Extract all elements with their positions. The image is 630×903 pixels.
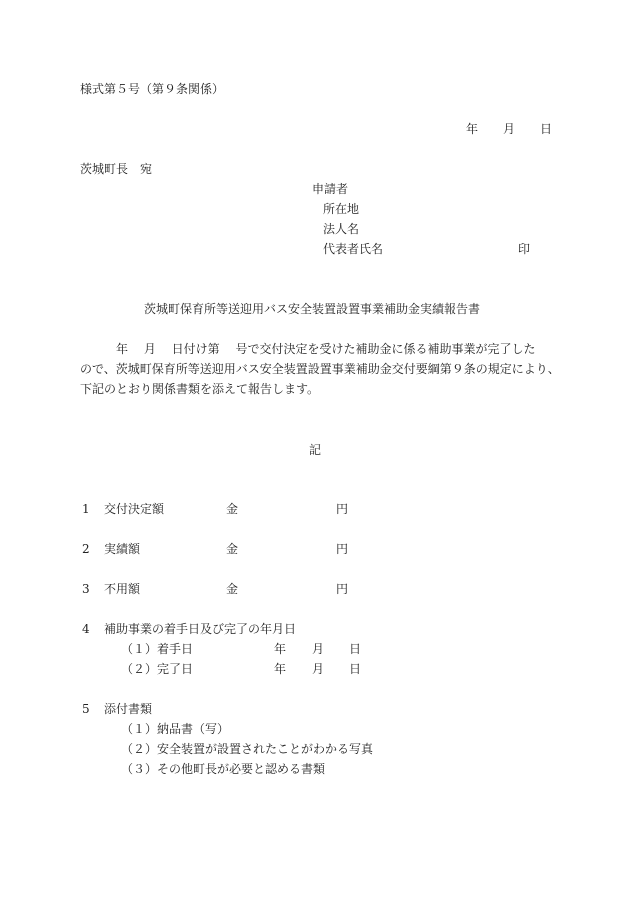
representative-label: 代表者氏名 <box>323 241 383 257</box>
item-number: 4 <box>82 621 90 637</box>
item-label: 補助事業の着手日及び完了の年月日 <box>104 621 296 637</box>
start-day: 日 <box>349 641 361 657</box>
document-title: 茨城町保育所等送迎用バス安全装置設置事業補助金実績報告書 <box>144 301 480 317</box>
start-month: 月 <box>312 641 324 657</box>
applicant-heading: 申請者 <box>312 181 348 197</box>
item-label: 不用額 <box>104 581 140 597</box>
attachment-3: （３）その他町長が必要と認める書類 <box>121 761 325 777</box>
start-date-label: （１）着手日 <box>121 641 193 657</box>
attachment-2: （２）安全装置が設置されたことがわかる写真 <box>121 741 373 757</box>
item-label: 添付書類 <box>104 701 152 717</box>
ki-heading: 記 <box>309 442 321 458</box>
date-year: 年 <box>466 121 478 137</box>
completion-year: 年 <box>274 661 286 677</box>
item-number: 2 <box>82 541 90 557</box>
addressee: 茨城町長 宛 <box>80 161 152 177</box>
item-label: 実績額 <box>104 541 140 557</box>
kin-label: 金 <box>226 581 238 597</box>
kin-label: 金 <box>226 541 238 557</box>
body-line-3: 下記のとおり関係書類を添えて報告します。 <box>80 379 560 399</box>
corporation-label: 法人名 <box>323 221 359 237</box>
item-label: 交付決定額 <box>104 501 164 517</box>
body-line-2: ので、茨城町保育所等送迎用バス安全装置設置事業補助金交付要綱第９条の規定により、 <box>80 359 560 379</box>
attachment-1: （１）納品書（写） <box>121 721 229 737</box>
item-number: 1 <box>82 501 90 517</box>
yen-label: 円 <box>336 541 348 557</box>
yen-label: 円 <box>336 501 348 517</box>
seal-mark: 印 <box>518 241 530 257</box>
start-year: 年 <box>274 641 286 657</box>
address-label: 所在地 <box>323 201 359 217</box>
body-line-1: 年 月 日付け第 号で交付決定を受けた補助金に係る補助事業が完了した <box>80 339 560 359</box>
completion-day: 日 <box>349 661 361 677</box>
form-number: 様式第５号（第９条関係） <box>80 81 224 97</box>
body-paragraph: 年 月 日付け第 号で交付決定を受けた補助金に係る補助事業が完了した ので、茨城… <box>80 339 560 399</box>
date-month: 月 <box>503 121 515 137</box>
item-number: 5 <box>82 701 90 717</box>
item-number: 3 <box>82 581 90 597</box>
date-day: 日 <box>540 121 552 137</box>
completion-date-label: （２）完了日 <box>121 661 193 677</box>
completion-month: 月 <box>312 661 324 677</box>
kin-label: 金 <box>226 501 238 517</box>
yen-label: 円 <box>336 581 348 597</box>
